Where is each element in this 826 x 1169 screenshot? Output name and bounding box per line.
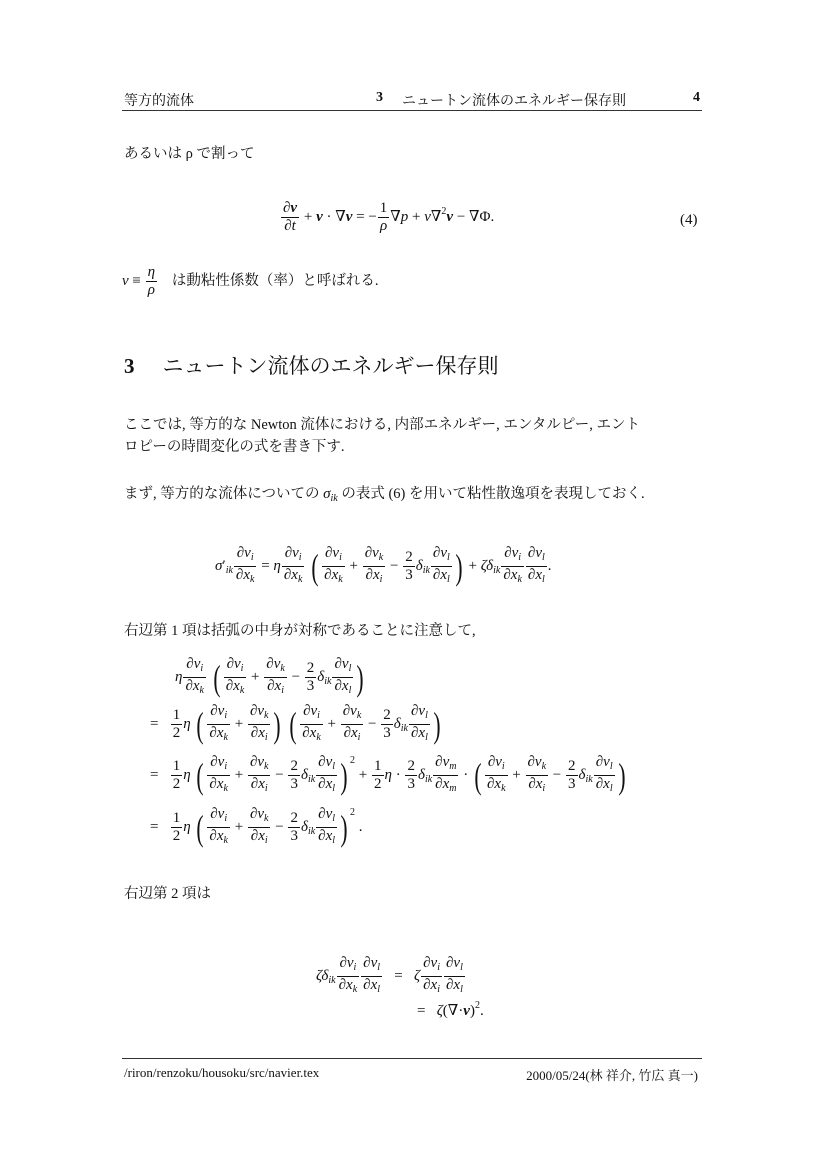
p3-post: の表式 (6) を用いて粘性散逸項を表現しておく. (341, 486, 644, 502)
footer-date-authors: 2000/05/24(林 祥介, 竹広 真一) (526, 1065, 698, 1084)
paragraph-viscous-dissipation: まず, 等方的な流体についての σik の表式 (6) を用いて粘性散逸項を表現… (124, 483, 645, 510)
page-footer: /riron/renzoku/housoku/src/navier.tex 20… (122, 1058, 702, 1059)
nu-definition: ν ≡ ηρ は動粘性係数（率）と呼ばれる. (122, 264, 378, 299)
header-section-number: 3 (376, 90, 383, 106)
equation-sigma-prime: σ′ik∂vi∂xk = η∂vi∂xk (∂vi∂xk + ∂vk∂xi − … (215, 545, 552, 588)
paragraph-first-term: 右辺第 1 項は括弧の中身が対称であることに注意して, (124, 620, 476, 642)
header-page-number: 4 (693, 90, 700, 106)
paragraph-intro-line-2: ロピーの時間変化の式を書き下す. (124, 436, 709, 458)
footer-source-path: /riron/renzoku/housoku/src/navier.tex (124, 1065, 319, 1081)
section-heading: 3ニュートン流体のエネルギー保存則 (124, 350, 499, 380)
page-header: 等方的流体 3 ニュートン流体のエネルギー保存則 4 (122, 88, 702, 111)
paragraph-second-term: 右辺第 2 項は (124, 883, 211, 905)
header-doc-title: 等方的流体 (124, 90, 194, 110)
equation-zeta-line-1: ζδik∂vi∂xk∂vl∂xl = ζ∂vi∂xi∂vl∂xl (316, 955, 466, 998)
equation-4-number: (4) (680, 212, 698, 229)
nu-definition-text: は動粘性係数（率）と呼ばれる. (172, 273, 379, 289)
derivation-line-3: = 12η (∂vi∂xk + ∂vk∂xi − 23δik∂vl∂xl)2 +… (150, 754, 628, 797)
p3-pre: まず, 等方的な流体についての (124, 486, 319, 502)
derivation-line-1: η∂vi∂xk (∂vi∂xk + ∂vk∂xi − 23δik∂vl∂xl) (175, 656, 366, 699)
paragraph-divide-by-rho: あるいは ρ で割って (124, 143, 255, 165)
section-number: 3 (124, 354, 135, 378)
paragraph-intro-line-1: ここでは, 等方的な Newton 流体における, 内部エネルギー, エンタルピ… (124, 414, 709, 436)
equation-zeta-line-2: = ζ(∇·v)2. (417, 1000, 484, 1020)
paragraph-intro: ここでは, 等方的な Newton 流体における, 内部エネルギー, エンタルピ… (124, 414, 709, 458)
derivation-line-2: = 12η (∂vi∂xk + ∂vk∂xi) (∂vi∂xk + ∂vk∂xi… (150, 703, 443, 746)
derivation-line-4: = 12η (∂vi∂xk + ∂vk∂xi − 23δik∂vl∂xl)2 . (150, 806, 363, 849)
header-section-title: ニュートン流体のエネルギー保存則 (402, 90, 626, 110)
section-title: ニュートン流体のエネルギー保存則 (163, 354, 499, 378)
equation-4: ∂v∂t + v · ∇v = −1ρ∇p + ν∇2v − ∇Φ. (280, 200, 494, 235)
